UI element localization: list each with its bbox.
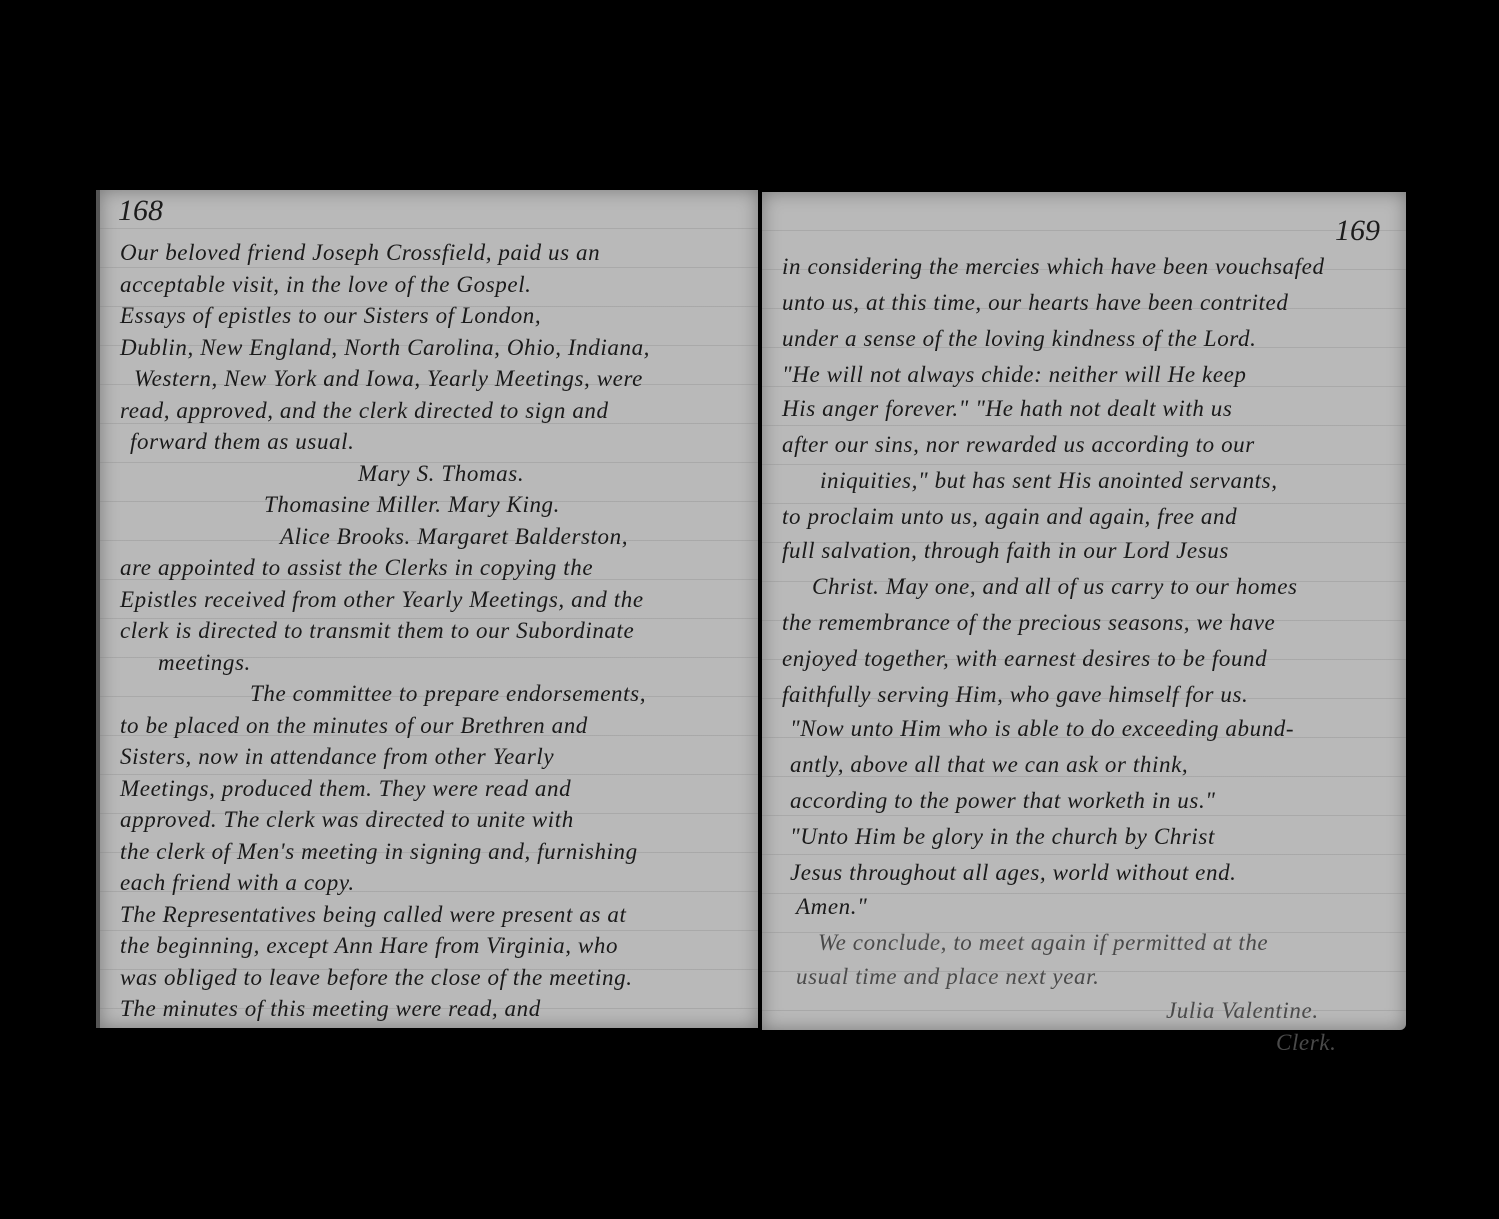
text-line: meetings. bbox=[158, 650, 750, 676]
text-line: enjoyed together, with earnest desires t… bbox=[782, 646, 1398, 672]
text-line: "Now unto Him who is able to do exceedin… bbox=[790, 716, 1398, 742]
text-line: Sisters, now in attendance from other Ye… bbox=[120, 744, 750, 770]
text-line: after our sins, nor rewarded us accordin… bbox=[782, 432, 1398, 458]
text-line: antly, above all that we can ask or thin… bbox=[790, 752, 1398, 778]
text-line: read, approved, and the clerk directed t… bbox=[120, 398, 750, 424]
text-line: the clerk of Men's meeting in signing an… bbox=[120, 839, 750, 865]
right-manuscript-page: 169 in considering the mercies which hav… bbox=[762, 192, 1406, 1030]
text-line: usual time and place next year. bbox=[796, 964, 1398, 990]
text-line: "He will not always chide: neither will … bbox=[782, 362, 1398, 388]
page-number: 168 bbox=[118, 194, 163, 228]
text-line: under a sense of the loving kindness of … bbox=[782, 326, 1398, 352]
text-line: The committee to prepare endorsements, bbox=[250, 681, 750, 707]
text-line: clerk is directed to transmit them to ou… bbox=[120, 618, 750, 644]
text-line: full salvation, through faith in our Lor… bbox=[782, 538, 1398, 564]
text-line: in considering the mercies which have be… bbox=[782, 254, 1398, 280]
clerk-title: Clerk. bbox=[1276, 1030, 1398, 1056]
text-line: Christ. May one, and all of us carry to … bbox=[812, 574, 1398, 600]
text-line: Western, New York and Iowa, Yearly Meeti… bbox=[134, 366, 750, 392]
page-number: 169 bbox=[1335, 214, 1380, 248]
text-line: the beginning, except Ann Hare from Virg… bbox=[120, 933, 750, 959]
left-manuscript-page: 168 Our beloved friend Joseph Crossfield… bbox=[96, 190, 758, 1028]
text-line: the remembrance of the precious seasons,… bbox=[782, 610, 1398, 636]
text-line: Essays of epistles to our Sisters of Lon… bbox=[120, 303, 750, 329]
text-line: to proclaim unto us, again and again, fr… bbox=[782, 504, 1398, 530]
text-line: Amen." bbox=[796, 894, 1398, 920]
clerk-signature: Julia Valentine. bbox=[1166, 998, 1398, 1024]
signature-line: Alice Brooks. Margaret Balderston, bbox=[280, 524, 750, 550]
text-line: approved. The clerk was directed to unit… bbox=[120, 807, 750, 833]
text-line: was obliged to leave before the close of… bbox=[120, 965, 750, 991]
text-line: We conclude, to meet again if permitted … bbox=[818, 930, 1398, 956]
signature-line: Mary S. Thomas. bbox=[358, 461, 750, 487]
text-line: acceptable visit, in the love of the Gos… bbox=[120, 272, 750, 298]
text-line: Dublin, New England, North Carolina, Ohi… bbox=[120, 335, 750, 361]
text-line: Epistles received from other Yearly Meet… bbox=[120, 587, 750, 613]
text-line: iniquities," but has sent His anointed s… bbox=[820, 468, 1398, 494]
text-line: are appointed to assist the Clerks in co… bbox=[120, 555, 750, 581]
text-line: forward them as usual. bbox=[130, 429, 750, 455]
text-line: according to the power that worketh in u… bbox=[790, 788, 1398, 814]
text-line: The minutes of this meeting were read, a… bbox=[120, 996, 750, 1022]
text-line: unto us, at this time, our hearts have b… bbox=[782, 290, 1398, 316]
signature-line: Thomasine Miller. Mary King. bbox=[264, 492, 750, 518]
text-line: His anger forever." "He hath not dealt w… bbox=[782, 396, 1398, 422]
text-line: The Representatives being called were pr… bbox=[120, 902, 750, 928]
text-line: to be placed on the minutes of our Breth… bbox=[120, 713, 750, 739]
text-line: each friend with a copy. bbox=[120, 870, 750, 896]
text-line: Meetings, produced them. They were read … bbox=[120, 776, 750, 802]
text-line: Jesus throughout all ages, world without… bbox=[790, 860, 1398, 886]
text-line: Our beloved friend Joseph Crossfield, pa… bbox=[120, 240, 750, 266]
text-line: "Unto Him be glory in the church by Chri… bbox=[790, 824, 1398, 850]
text-line: faithfully serving Him, who gave himself… bbox=[782, 682, 1398, 708]
